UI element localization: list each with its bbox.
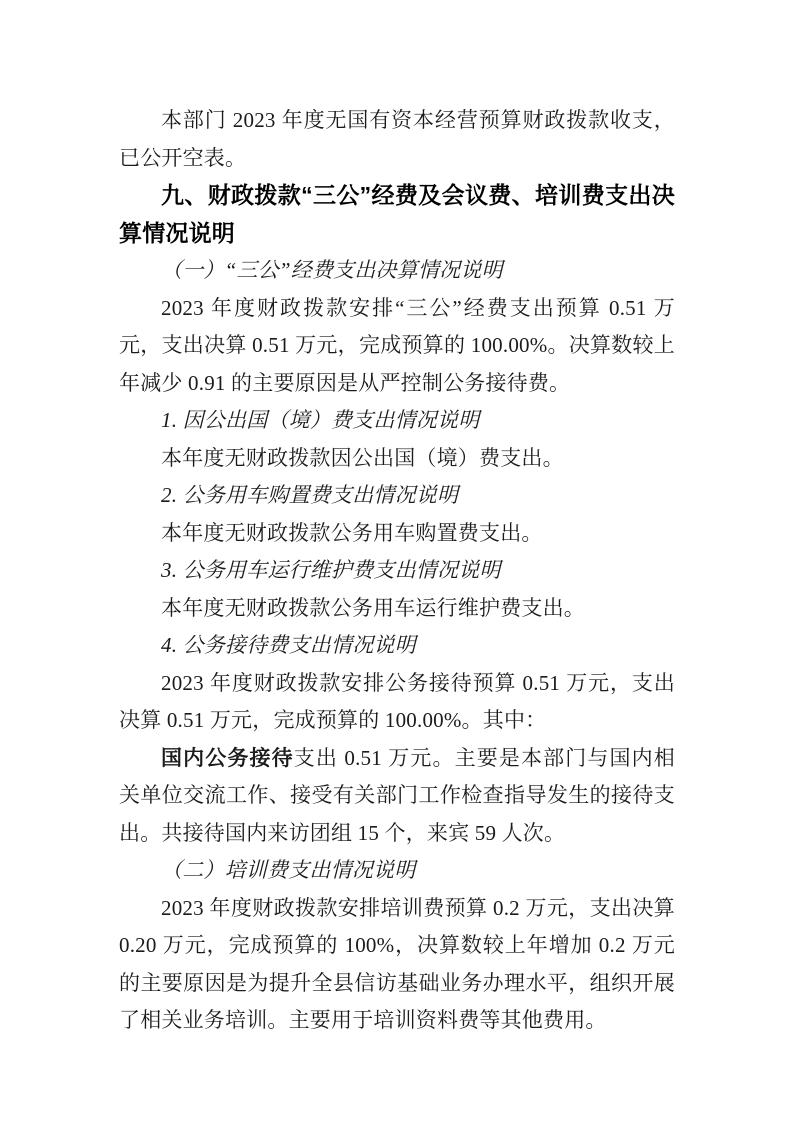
item-4-heading: 4. 公务接待费支出情况说明	[119, 627, 675, 665]
subsection-2-heading: （二）培训费支出情况说明	[119, 852, 675, 890]
item-1-heading: 1. 因公出国（境）费支出情况说明	[119, 402, 675, 440]
subsection-1-heading: （一）“三公”经费支出决算情况说明	[119, 252, 675, 290]
domestic-reception-label: 国内公务接待	[161, 746, 294, 770]
sangong-summary-paragraph: 2023 年度财政拨款安排“三公”经费支出预算 0.51 万元，支出决算 0.5…	[119, 290, 675, 403]
item-2-body: 本年度无财政拨款公务用车购置费支出。	[119, 515, 675, 553]
intro-paragraph: 本部门 2023 年度无国有资本经营预算财政拨款收支，已公开空表。	[119, 102, 675, 177]
section-9-heading: 九、财政拨款“三公”经费及会议费、培训费支出决算情况说明	[119, 177, 675, 252]
item-3-body: 本年度无财政拨款公务用车运行维护费支出。	[119, 590, 675, 628]
training-fee-paragraph: 2023 年度财政拨款安排培训费预算 0.2 万元，支出决算 0.20 万元，完…	[119, 890, 675, 1040]
document-page: 本部门 2023 年度无国有资本经营预算财政拨款收支，已公开空表。 九、财政拨款…	[0, 0, 793, 1122]
item-3-heading: 3. 公务用车运行维护费支出情况说明	[119, 552, 675, 590]
item-2-heading: 2. 公务用车购置费支出情况说明	[119, 477, 675, 515]
domestic-reception-paragraph: 国内公务接待支出 0.51 万元。主要是本部门与国内相关单位交流工作、接受有关部…	[119, 740, 675, 853]
item-4-body: 2023 年度财政拨款安排公务接待预算 0.51 万元，支出决算 0.51 万元…	[119, 665, 675, 740]
item-1-body: 本年度无财政拨款因公出国（境）费支出。	[119, 440, 675, 478]
